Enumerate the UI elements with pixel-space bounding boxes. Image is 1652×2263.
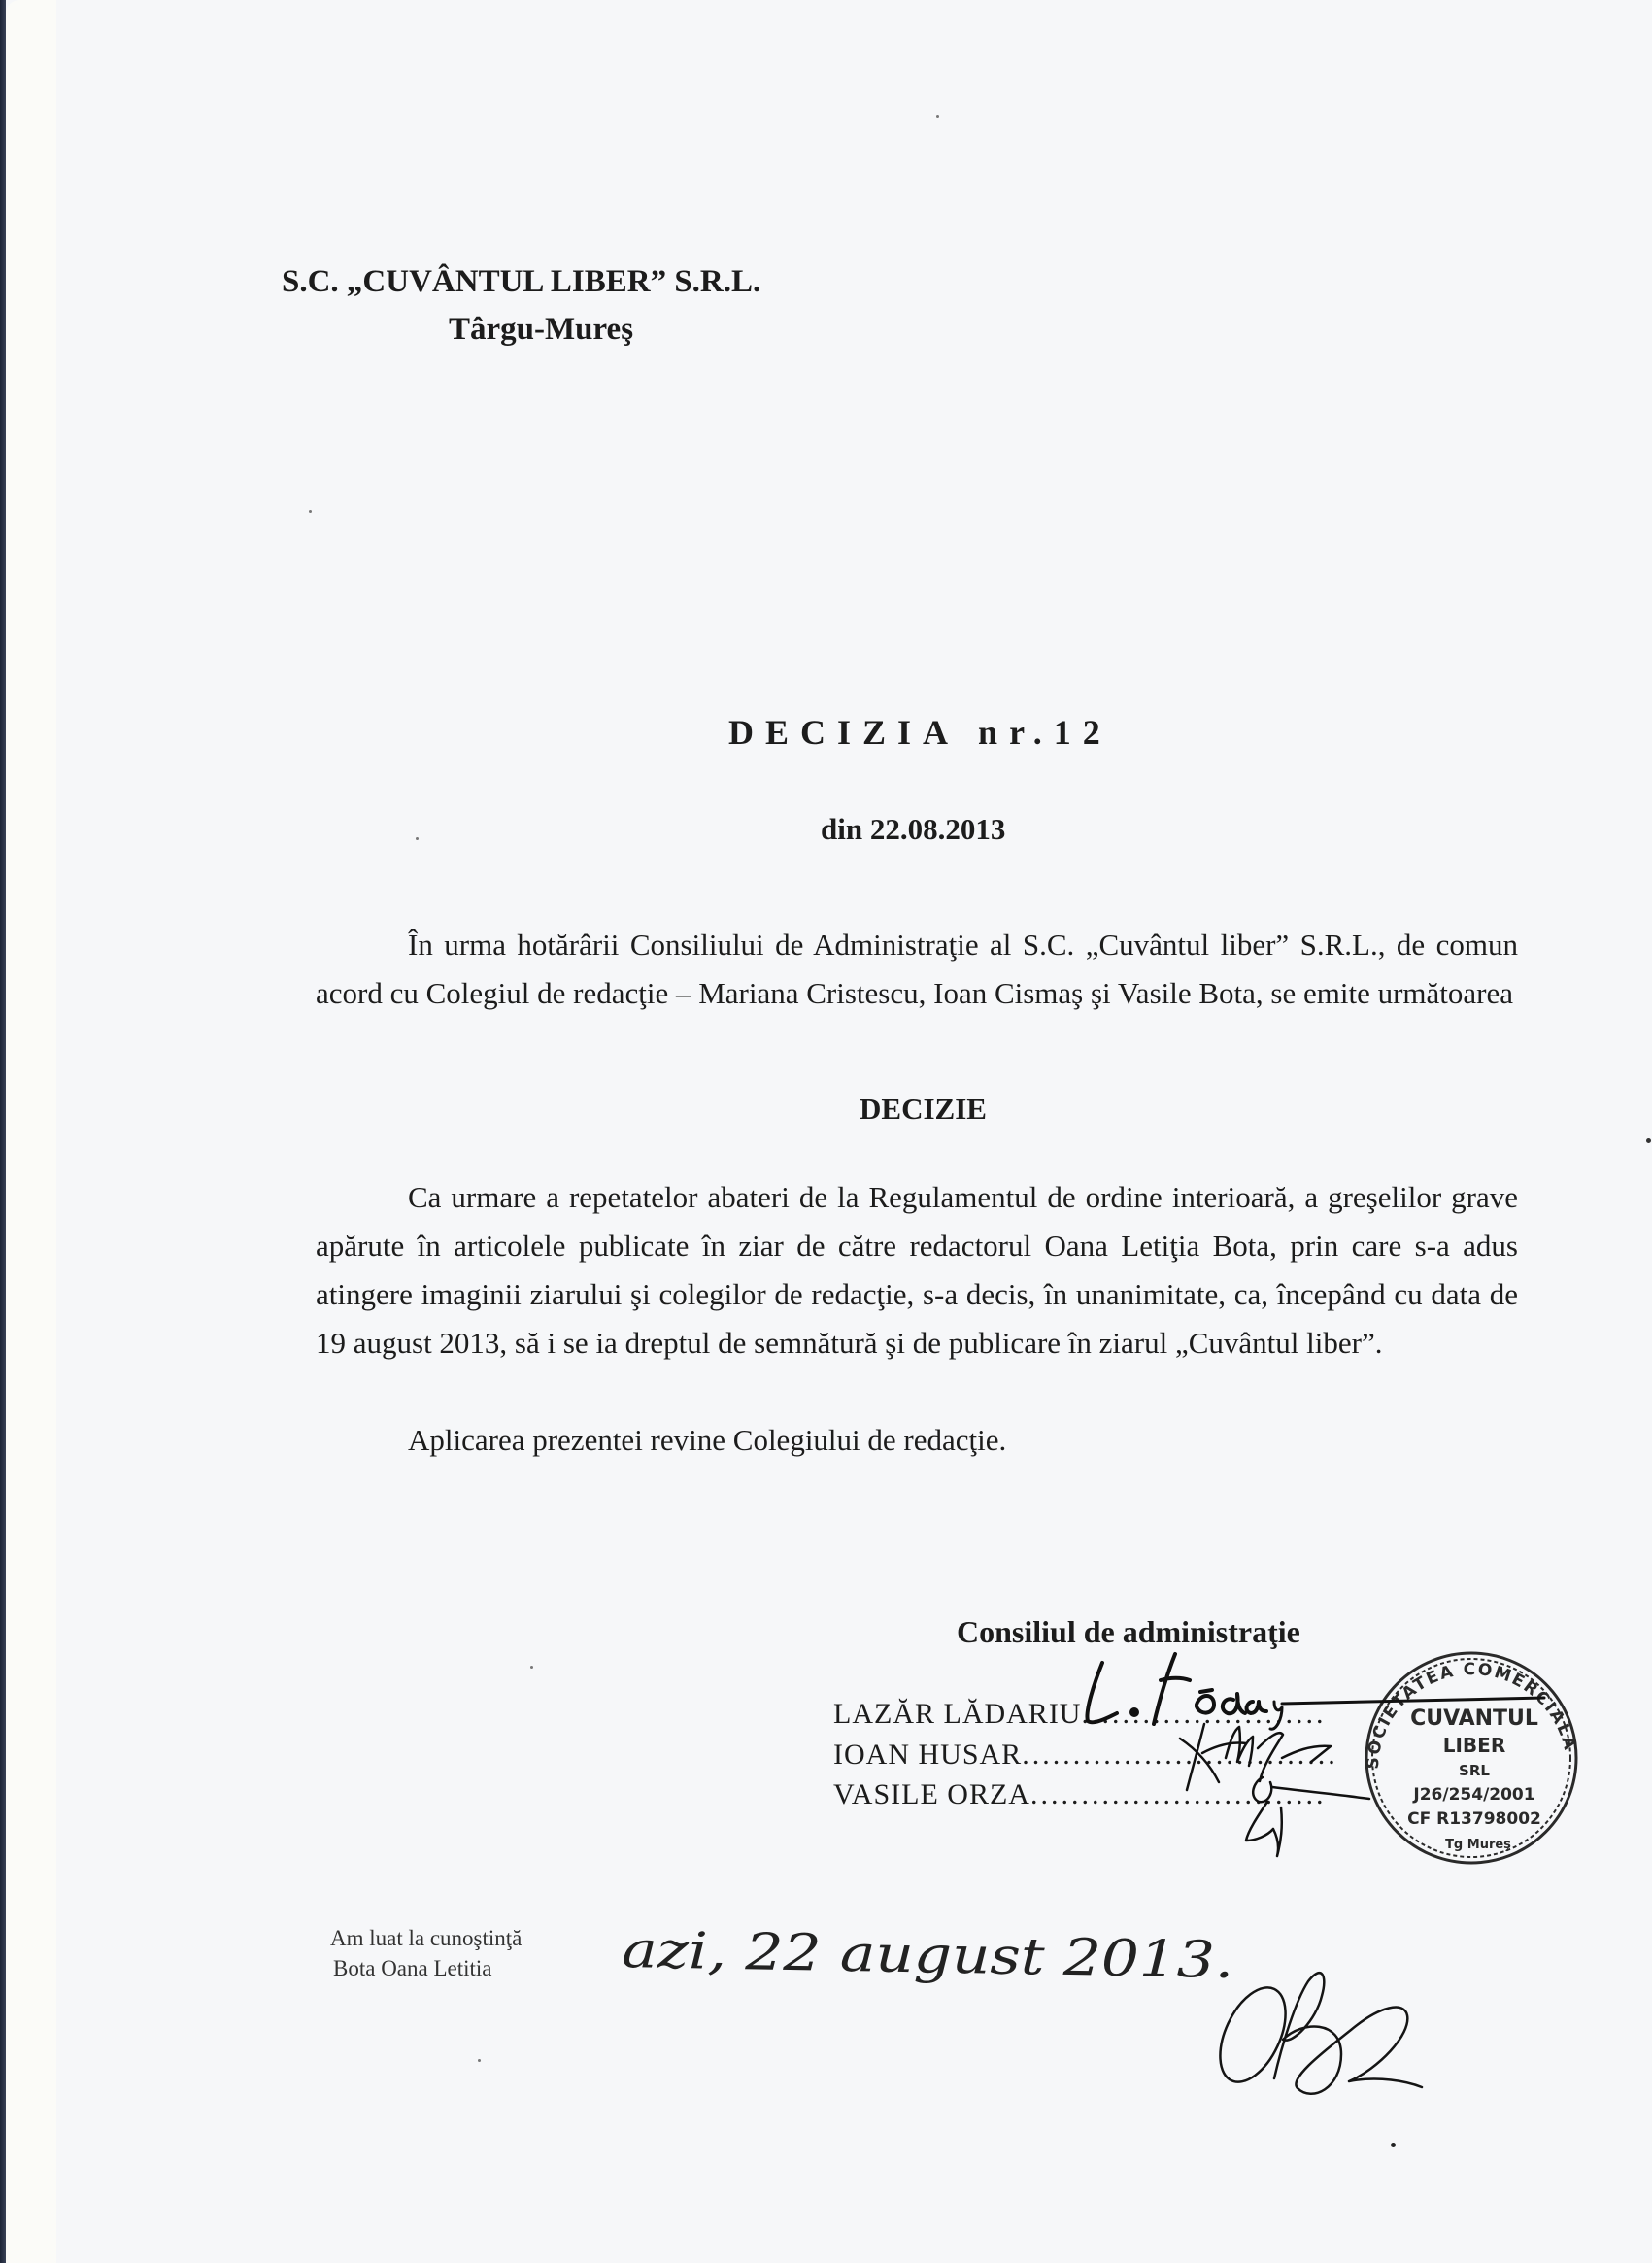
acknowledgement-name: Bota Oana Letitia <box>333 1956 492 1981</box>
decision-text: Ca urmare a repetatelor abateri de la Re… <box>316 1180 1518 1360</box>
stamp-line: CUVANTUL <box>1410 1706 1538 1731</box>
svg-text:SOCIETATEA COMERCIALA: SOCIETATEA COMERCIALA <box>1364 1660 1580 1770</box>
signatory-row: VASILE ORZA............................. <box>833 1778 1326 1811</box>
intro-paragraph: În urma hotărârii Consiliului de Adminis… <box>316 921 1518 1018</box>
signatory-name: IOAN HUSAR <box>833 1739 1022 1771</box>
scan-speck <box>1391 2143 1396 2147</box>
scan-speck <box>936 115 939 118</box>
company-name: S.C. „CUVÂNTUL LIBER” S.R.L. <box>282 264 760 300</box>
scan-speck <box>530 1666 533 1669</box>
stamp-line: Tg Mureş <box>1445 1838 1511 1852</box>
signatory-row: IOAN HUSAR..............................… <box>833 1739 1338 1772</box>
company-stamp: SOCIETATEA COMERCIALA CUVANTUL LIBER SRL… <box>1364 1653 1580 1863</box>
document-page: S.C. „CUVÂNTUL LIBER” S.R.L. Târgu-Mureş… <box>0 0 1652 2263</box>
stamp-line: SRL <box>1459 1762 1490 1779</box>
scan-speck <box>478 2059 481 2062</box>
stamp-line: LIBER <box>1443 1734 1506 1757</box>
signatory-name: LAZĂR LĂDARIU <box>833 1698 1081 1730</box>
signature-line: ............................. <box>1030 1778 1327 1810</box>
application-paragraph: Aplicarea prezentei revine Colegiului de… <box>408 1416 1006 1465</box>
signature-initials <box>1207 1973 1422 2094</box>
company-city: Târgu-Mureş <box>449 312 633 348</box>
acknowledgement-label: Am luat la cunoştinţă <box>330 1926 522 1951</box>
handwritten-date: azi, 22 august 2013. <box>622 1921 1234 1990</box>
handwriting-layer: SOCIETATEA COMERCIALA CUVANTUL LIBER SRL… <box>0 0 1652 2263</box>
stamp-line: CF R13798002 <box>1407 1809 1541 1829</box>
council-heading: Consiliul de administraţie <box>957 1614 1300 1650</box>
stamp-line: J26/254/2001 <box>1412 1785 1534 1805</box>
scan-speck <box>1646 1138 1651 1143</box>
stamp-ring-text: SOCIETATEA COMERCIALA <box>1364 1660 1580 1770</box>
intro-text: În urma hotărârii Consiliului de Adminis… <box>316 928 1518 1010</box>
decision-paragraph: Ca urmare a repetatelor abateri de la Re… <box>316 1173 1518 1368</box>
scan-speck <box>416 837 419 840</box>
signatory-row: LAZĂR LĂDARIU........................ <box>833 1698 1326 1731</box>
decision-date: din 22.08.2013 <box>821 812 1005 847</box>
signature-line: ........................ <box>1081 1698 1326 1730</box>
scan-speck <box>309 510 312 513</box>
handwritten-date-text: azi, 22 august 2013. <box>622 1921 1234 1990</box>
decision-title: DECIZIA nr.12 <box>728 712 1112 753</box>
signature-line: ............................... <box>1022 1739 1338 1771</box>
signatory-name: VASILE ORZA <box>833 1778 1030 1810</box>
section-heading: DECIZIE <box>0 1092 1652 1127</box>
